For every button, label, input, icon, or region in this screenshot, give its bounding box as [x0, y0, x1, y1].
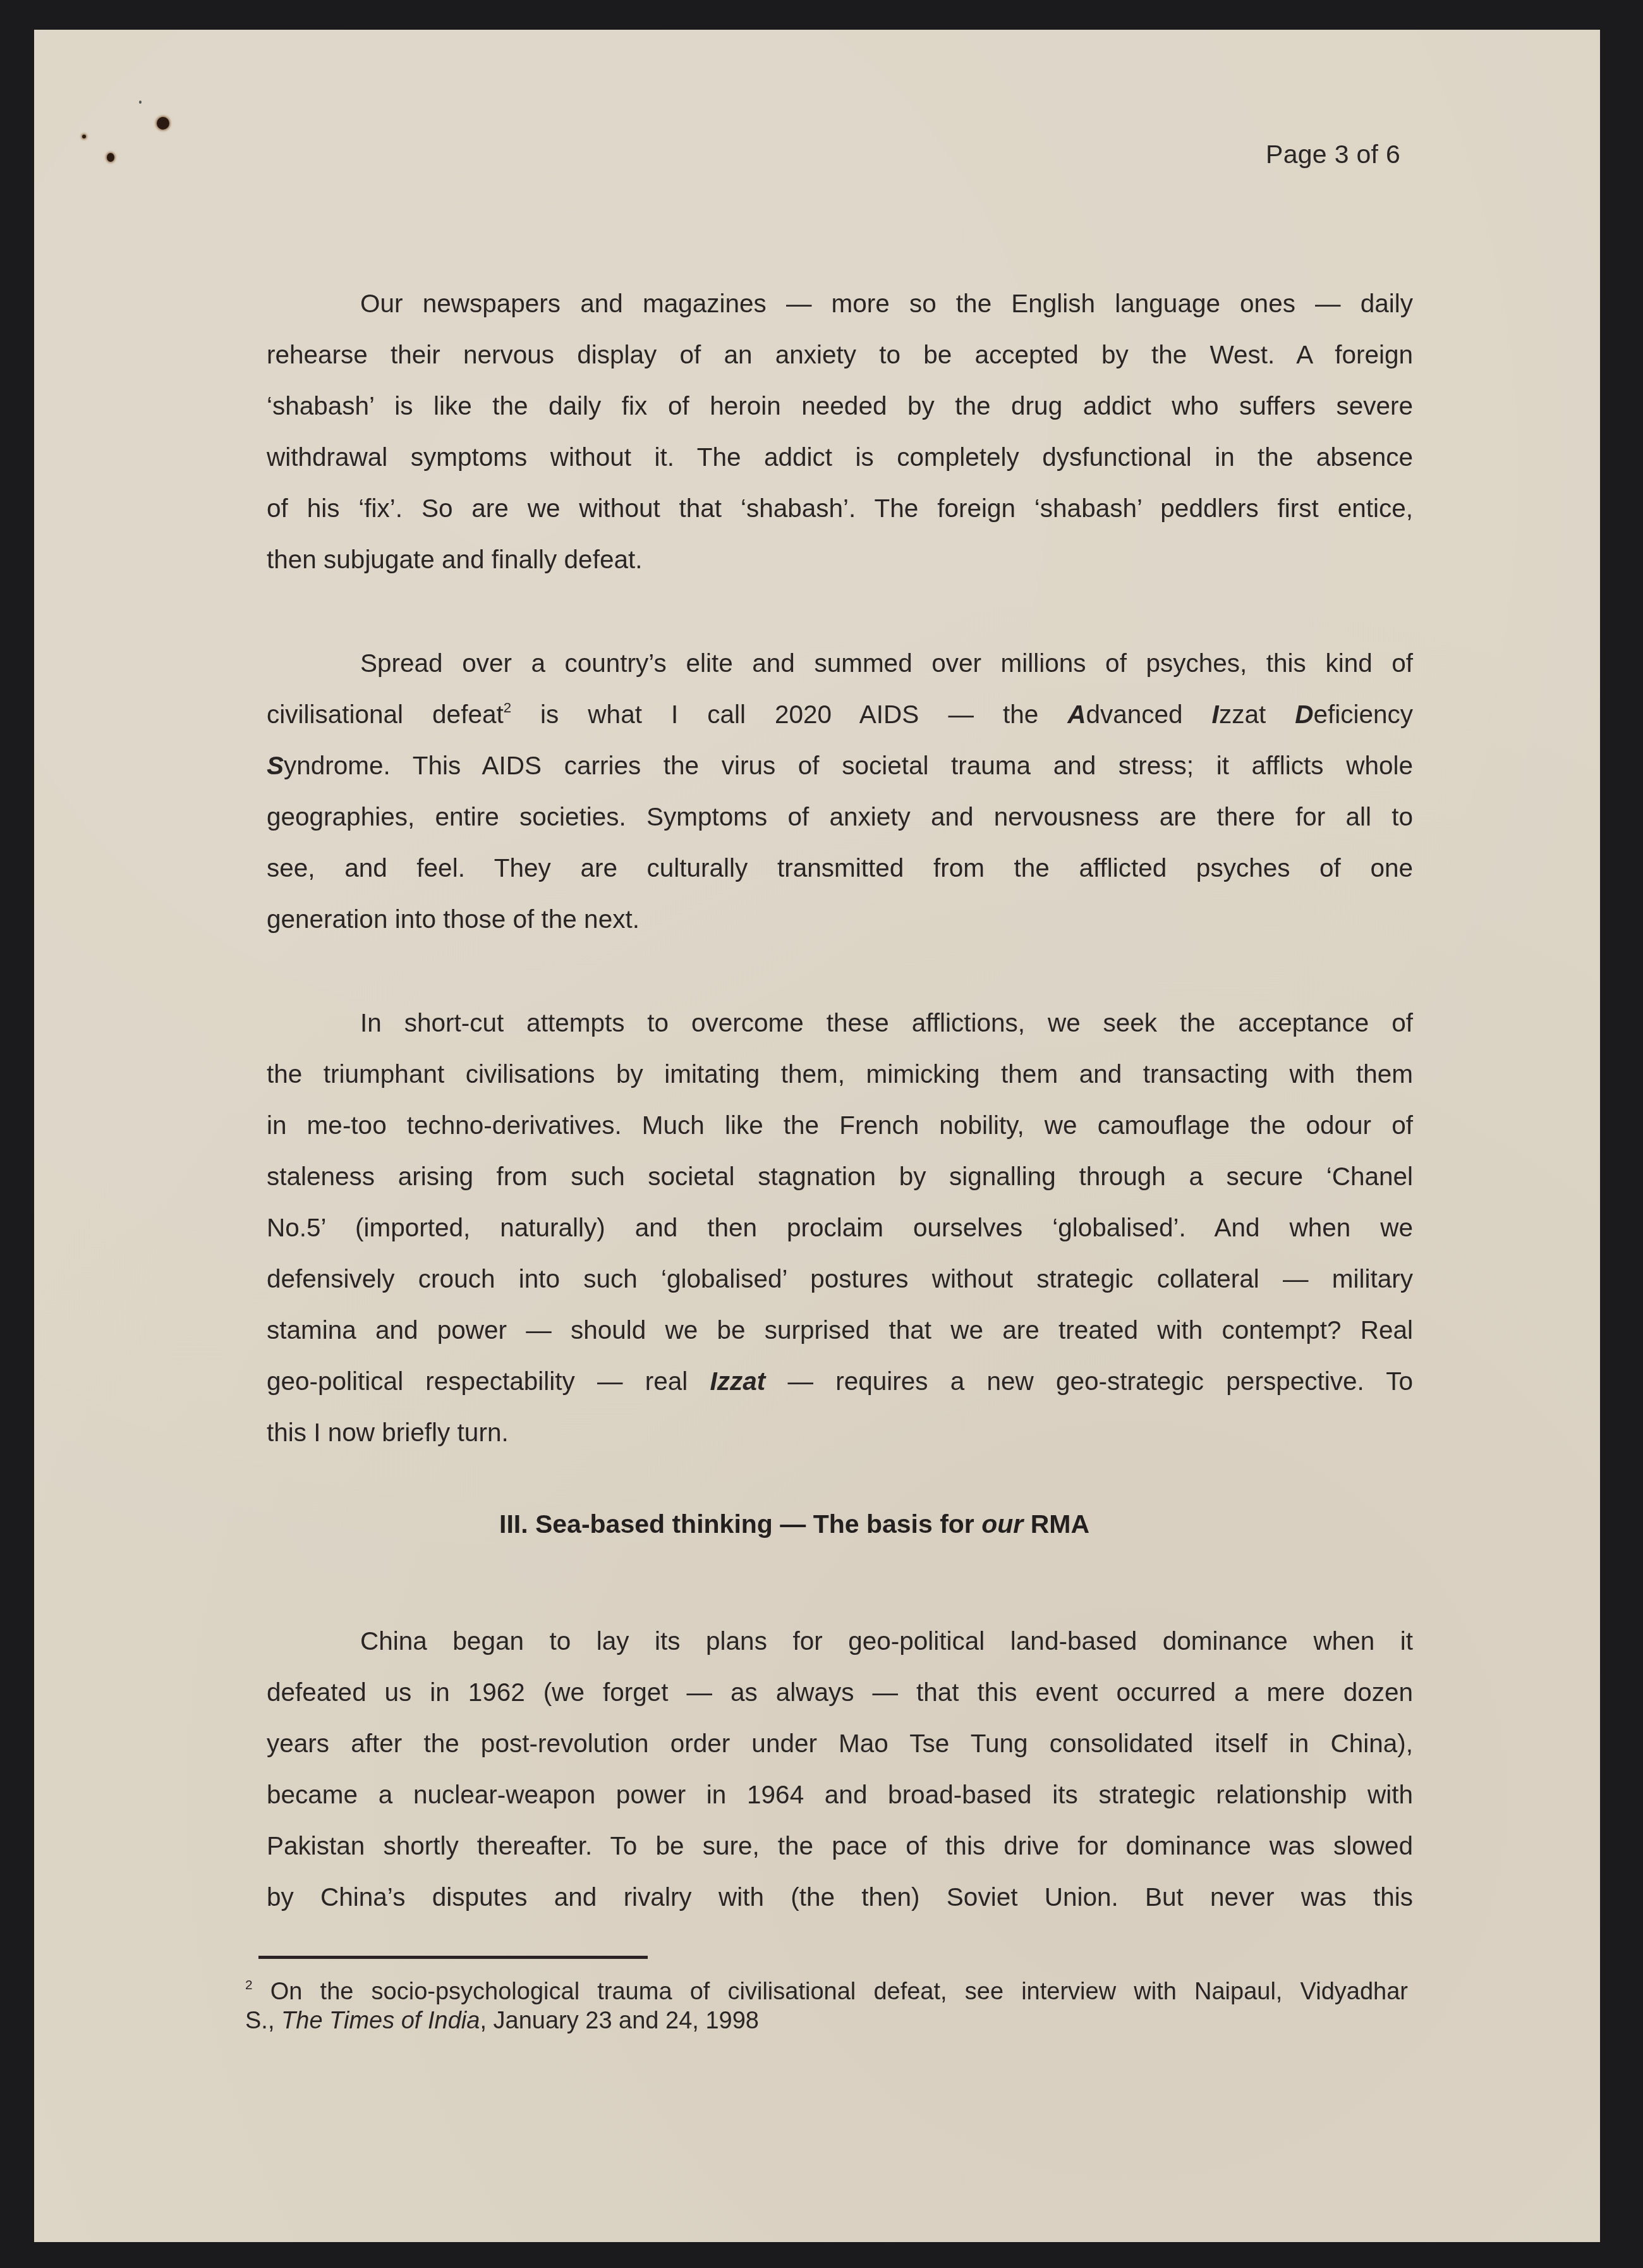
punch-hole-mark [82, 135, 86, 138]
footnote-marker: 2 [245, 1978, 253, 1992]
paragraph: In short-cut attempts to overcome these … [267, 997, 1413, 1458]
text-line: defensively crouch into such ‘globalised… [267, 1253, 1413, 1305]
text-line: China began to lay its plans for geo-pol… [267, 1616, 1413, 1667]
text-line: geographies, entire societies. Symptoms … [267, 791, 1413, 843]
text-line: staleness arising from such societal sta… [267, 1151, 1413, 1202]
page-indicator: Page 3 of 6 [1266, 140, 1400, 169]
text-line: civilisational defeat2 is what I call 20… [267, 689, 1413, 740]
paragraph: Our newspapers and magazines — more so t… [267, 278, 1413, 585]
text-line: Our newspapers and magazines — more so t… [267, 278, 1413, 329]
text-line: No.5’ (imported, naturally) and then pro… [267, 1202, 1413, 1253]
text-line: in me-too techno-derivatives. Much like … [267, 1100, 1413, 1151]
text-line: the triumphant civilisations by imitatin… [267, 1049, 1413, 1100]
text-line: In short-cut attempts to overcome these … [267, 997, 1413, 1049]
text-line: then subjugate and finally defeat. [267, 534, 1413, 585]
text-line: Pakistan shortly thereafter. To be sure,… [267, 1820, 1413, 1872]
footnote-line: 2 On the socio-psychological trauma of c… [245, 1977, 1408, 2006]
footnote-divider [258, 1956, 648, 1959]
text-line: withdrawal symptoms without it. The addi… [267, 432, 1413, 483]
text-line: this I now briefly turn. [267, 1407, 1413, 1458]
text-line: defeated us in 1962 (we forget — as alwa… [267, 1667, 1413, 1718]
paragraph: Spread over a country’s elite and summed… [267, 638, 1413, 945]
text-line: generation into those of the next. [267, 894, 1413, 945]
paragraph: China began to lay its plans for geo-pol… [267, 1616, 1413, 1923]
text-line: by China’s disputes and rivalry with (th… [267, 1872, 1413, 1923]
text-line: geo-political respectability — real Izza… [267, 1356, 1413, 1407]
text-line: rehearse their nervous display of an anx… [267, 329, 1413, 381]
footnote-line: S., The Times of India, January 23 and 2… [245, 2006, 1408, 2035]
punch-hole-mark [139, 101, 142, 104]
text-line: Spread over a country’s elite and summed… [267, 638, 1413, 689]
text-line: Syndrome. This AIDS carries the virus of… [267, 740, 1413, 791]
footnote: 2 On the socio-psychological trauma of c… [245, 1977, 1408, 2035]
text-line: became a nuclear-weapon power in 1964 an… [267, 1769, 1413, 1820]
punch-hole-mark [107, 153, 114, 162]
text-line: ‘shabash’ is like the daily fix of heroi… [267, 381, 1413, 432]
section-heading: III. Sea-based thinking — The basis for … [499, 1509, 1089, 1539]
text-line: years after the post-revolution order un… [267, 1718, 1413, 1769]
punch-hole-mark [157, 117, 169, 130]
text-line: see, and feel. They are culturally trans… [267, 843, 1413, 894]
text-line: stamina and power — should we be surpris… [267, 1305, 1413, 1356]
footnote-reference[interactable]: 2 [504, 700, 511, 716]
text-line: of his ‘fix’. So are we without that ‘sh… [267, 483, 1413, 534]
